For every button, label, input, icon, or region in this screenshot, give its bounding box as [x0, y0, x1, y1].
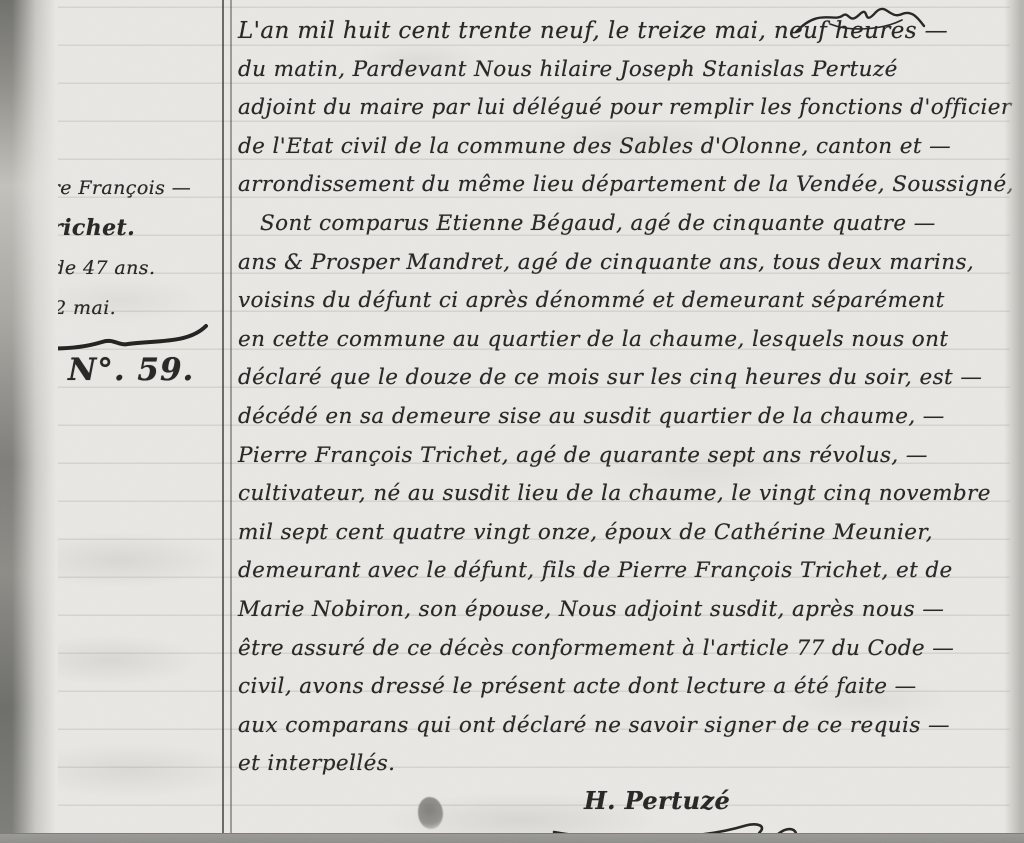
act-line: demeurant avec le défunt, fils de Pierre…: [238, 552, 1008, 591]
register-page-scan: L'an mil huit cent trente neuf, le treiz…: [0, 0, 1024, 843]
act-line: déclaré que le douze de ce mois sur les …: [238, 359, 1008, 398]
act-line: voisins du défunt ci après dénommé et de…: [238, 282, 1008, 321]
act-line: Sont comparus Etienne Bégaud, agé de cin…: [238, 205, 1008, 244]
act-line: Marie Nobiron, son épouse, Nous adjoint …: [238, 591, 1008, 630]
act-line: du matin, Pardevant Nous hilaire Joseph …: [238, 51, 1008, 90]
act-line: aux comparans qui ont déclaré ne savoir …: [238, 707, 1008, 746]
record-number: N°. 59.: [68, 352, 194, 388]
scan-bottom-edge: [0, 833, 1024, 843]
header-paraph-flourish: [790, 2, 930, 38]
book-binding-shadow: [0, 0, 58, 843]
act-line: Pierre François Trichet, agé de quarante…: [238, 437, 1008, 476]
act-text-block: L'an mil huit cent trente neuf, le treiz…: [238, 12, 1008, 784]
act-line: cultivateur, né au susdit lieu de la cha…: [238, 475, 1008, 514]
act-line: décédé en sa demeure sise au susdit quar…: [238, 398, 1008, 437]
act-line: civil, avons dressé le présent acte dont…: [238, 668, 1008, 707]
act-line: de l'Etat civil de la commune des Sables…: [238, 128, 1008, 167]
page-right-edge: [1004, 0, 1024, 843]
act-line: en cette commune au quartier de la chaum…: [238, 321, 1008, 360]
act-line: et interpellés.: [238, 745, 1008, 784]
act-line: être assuré de ce décès conformement à l…: [238, 630, 1008, 669]
act-line: arrondissement du même lieu département …: [238, 166, 1008, 205]
act-line: ans & Prosper Mandret, agé de cinquante …: [238, 244, 1008, 283]
officer-signature: H. Pertuzé: [584, 786, 730, 815]
ink-blot-stain: [418, 797, 443, 829]
margin-rule-line: [222, 0, 224, 843]
margin-rule-line-outer: [230, 0, 232, 843]
act-line: adjoint du maire par lui délégué pour re…: [238, 89, 1008, 128]
act-line: mil sept cent quatre vingt onze, époux d…: [238, 514, 1008, 553]
